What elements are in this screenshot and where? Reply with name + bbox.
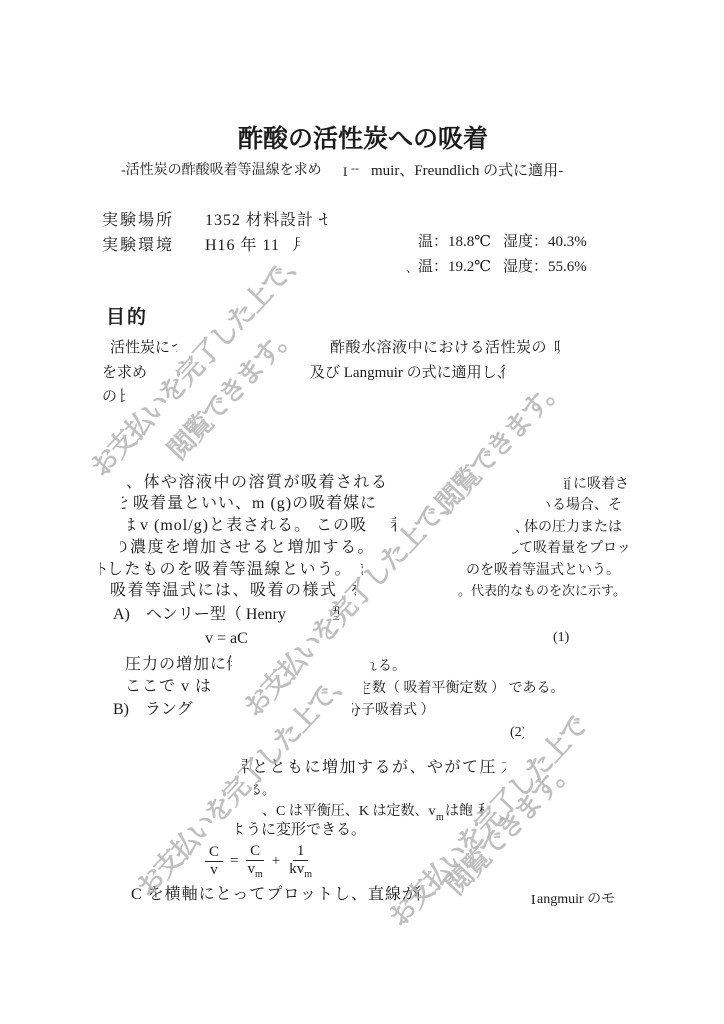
- body-line3-right: 体の圧力または: [524, 519, 622, 537]
- equation-denominator: vm: [245, 861, 264, 880]
- section-b-heading: B) ラング: [113, 700, 193, 721]
- section-a-line1-right-partial: れ: [370, 659, 377, 677]
- watermark-line-a1: お支払いを完了した上で、: [80, 238, 313, 484]
- body2-line4-partial: よ: [237, 821, 246, 841]
- exp-env-value-partial: 月: [292, 236, 300, 257]
- body2-line2: る。: [254, 782, 274, 799]
- body-line6-left: 吸着等温式には、吸着の様式: [110, 581, 338, 602]
- body-line5-left-partial2: ま: [358, 560, 363, 581]
- exp-env-label: 実験環境: [102, 236, 174, 257]
- doc-title: 酢酸の活性炭への吸着: [238, 124, 488, 157]
- temperature-2-partial: 、: [406, 261, 418, 277]
- body2-line5: C を横軸にとってプロットし、直線が: [131, 885, 419, 906]
- equation-2-number: (2): [510, 724, 524, 742]
- fraction-c-over-v: Cv: [205, 844, 223, 880]
- body-line2-left: 吸着量といい、m (g)の吸着媒に: [133, 494, 377, 515]
- equation-denominator: kvm: [287, 861, 314, 880]
- body2-line3b: は飽: [445, 803, 473, 821]
- section-a-line1-right: る。: [378, 658, 406, 676]
- purpose-line1-left: 活性炭に: [110, 339, 170, 359]
- purpose-line1-right-partial: 吸: [554, 339, 560, 359]
- body-line6-left-partial: を: [350, 581, 356, 602]
- langmuir-fragment: angmuir のモ: [537, 891, 615, 909]
- body-line5-left-partial: ト: [100, 560, 106, 581]
- body2-line3-partial: 和: [478, 803, 484, 821]
- doc-subtitle-partial: L: [343, 164, 347, 181]
- body-line1-right: に吸着さ: [573, 476, 629, 494]
- body-line1-left: 、体や溶液中の溶質が吸着される: [126, 473, 389, 494]
- purpose-line3: の: [102, 388, 117, 408]
- exp-place-value: 1352 材料設計: [205, 211, 314, 232]
- fraction-1-over-kvm: 1kvm: [287, 843, 314, 880]
- body-line4-right: て吸着量をプロッ: [519, 540, 631, 558]
- variable-v: v: [247, 861, 255, 877]
- body-line2-right-partial: い: [544, 498, 551, 516]
- exp-place-value-partial: ゼ: [318, 211, 327, 232]
- body-line5-right: のを吸着等温式という。: [466, 562, 620, 580]
- body-line2-left-partial: を: [122, 494, 130, 515]
- purpose-line1-right: 酢酸水溶液中における活性炭の: [330, 339, 547, 359]
- body-line4-left: 濃度を増加させると増加する。: [130, 538, 375, 559]
- equals-sign: =: [229, 853, 239, 870]
- doc-subtitle-dashes: --: [351, 161, 359, 177]
- subscript-m: m: [255, 869, 263, 880]
- body2-line1: とともに増加するが、やがて圧: [252, 758, 497, 779]
- exp-place-label: 実験場所: [102, 211, 174, 232]
- equation-1-number: (1): [553, 629, 569, 647]
- section-a-line2-right: 数（ 吸着平衡定数 ） である。: [372, 680, 565, 698]
- purpose-line1-left-partial: つ: [171, 339, 177, 359]
- equation-numerator: C: [246, 843, 264, 861]
- body-line1-right-partial: 面: [564, 477, 571, 495]
- purpose-heading: 目的: [106, 306, 148, 331]
- equation-numerator: C: [205, 844, 223, 862]
- humidity-1: 湿度：40.3%: [503, 233, 587, 253]
- humidity-2: 湿度：55.6%: [503, 258, 587, 278]
- purpose-line3-partial: 比: [119, 388, 125, 408]
- body-line2-right: る場合、そ: [552, 497, 622, 515]
- body-line4-right-partial: し: [512, 541, 518, 559]
- body-line3-left-partial2: 着: [390, 516, 396, 537]
- temperature-2: 温：19.2℃: [418, 258, 491, 278]
- document-page: 酢酸の活性炭への吸着-活性炭の酢酸吸着等温線を求めL--muir、Freundl…: [0, 0, 724, 1024]
- purpose-line2-right-partial: 得: [500, 364, 505, 384]
- section-a-heading: A) ヘンリー型（ Henry: [113, 605, 286, 626]
- fraction-c-over-vm: Cvm: [245, 843, 264, 880]
- langmuir-fragment-partial: L: [531, 892, 535, 910]
- body2-line5-partial: 得: [415, 885, 421, 906]
- doc-subtitle-right: muir、Freundlich の式に適用-: [371, 162, 563, 182]
- section-a-line2-right-partial: 定: [364, 681, 371, 699]
- section-a-line2: ここで v は: [125, 677, 212, 698]
- variable-kv: kv: [289, 861, 304, 877]
- equation-numerator: 1: [293, 843, 309, 861]
- purpose-line2-left: を求め: [102, 364, 147, 384]
- subscript-m: m: [304, 869, 312, 880]
- exp-env-value: H16 年 11: [205, 236, 280, 257]
- body2-line1-partial2: 力: [500, 758, 506, 779]
- body-line3-left-partial: は: [128, 516, 137, 537]
- body-line6-right: 。代表的なものを次に示す。: [458, 583, 626, 600]
- doc-subtitle-left: -活性炭の酢酸吸着等温線を求め: [121, 162, 322, 180]
- langmuir-linearized-equation: Cv = Cvm + 1kvm: [205, 843, 314, 880]
- plus-sign: +: [271, 853, 281, 870]
- section-a-heading-partial: 型: [332, 605, 339, 626]
- body-line4-left-partial: の: [120, 538, 129, 559]
- section-a-line1-partial: 伴: [226, 655, 232, 676]
- body2-line3-subscript: m: [436, 811, 444, 824]
- equation-1: v = aC: [205, 629, 248, 650]
- temperature-1: 温：18.8℃: [418, 233, 491, 253]
- equation-denominator: v: [208, 862, 220, 879]
- section-b-right: 子吸着式 ）: [361, 702, 435, 720]
- body-line3-left: v (mol/g)と表される。 この吸: [140, 516, 367, 537]
- watermark-line-a2: 閲覧できます。: [157, 314, 303, 467]
- body2-line1-partial: 昇: [242, 758, 251, 779]
- section-a-line1: 圧力の増加に: [125, 655, 227, 676]
- body-line5-left: したものを吸着等温線という。: [107, 560, 352, 581]
- section-b-right-partial: 分: [352, 703, 360, 721]
- purpose-line2-right: 及び Langmuir の式に適用し、: [310, 364, 512, 384]
- watermark-line-b2: 閲覧できます。: [425, 367, 571, 520]
- body2-line4: うに変形できる。: [246, 821, 366, 841]
- body2-line3: 、C は平衡圧、K は定数、v: [262, 803, 435, 821]
